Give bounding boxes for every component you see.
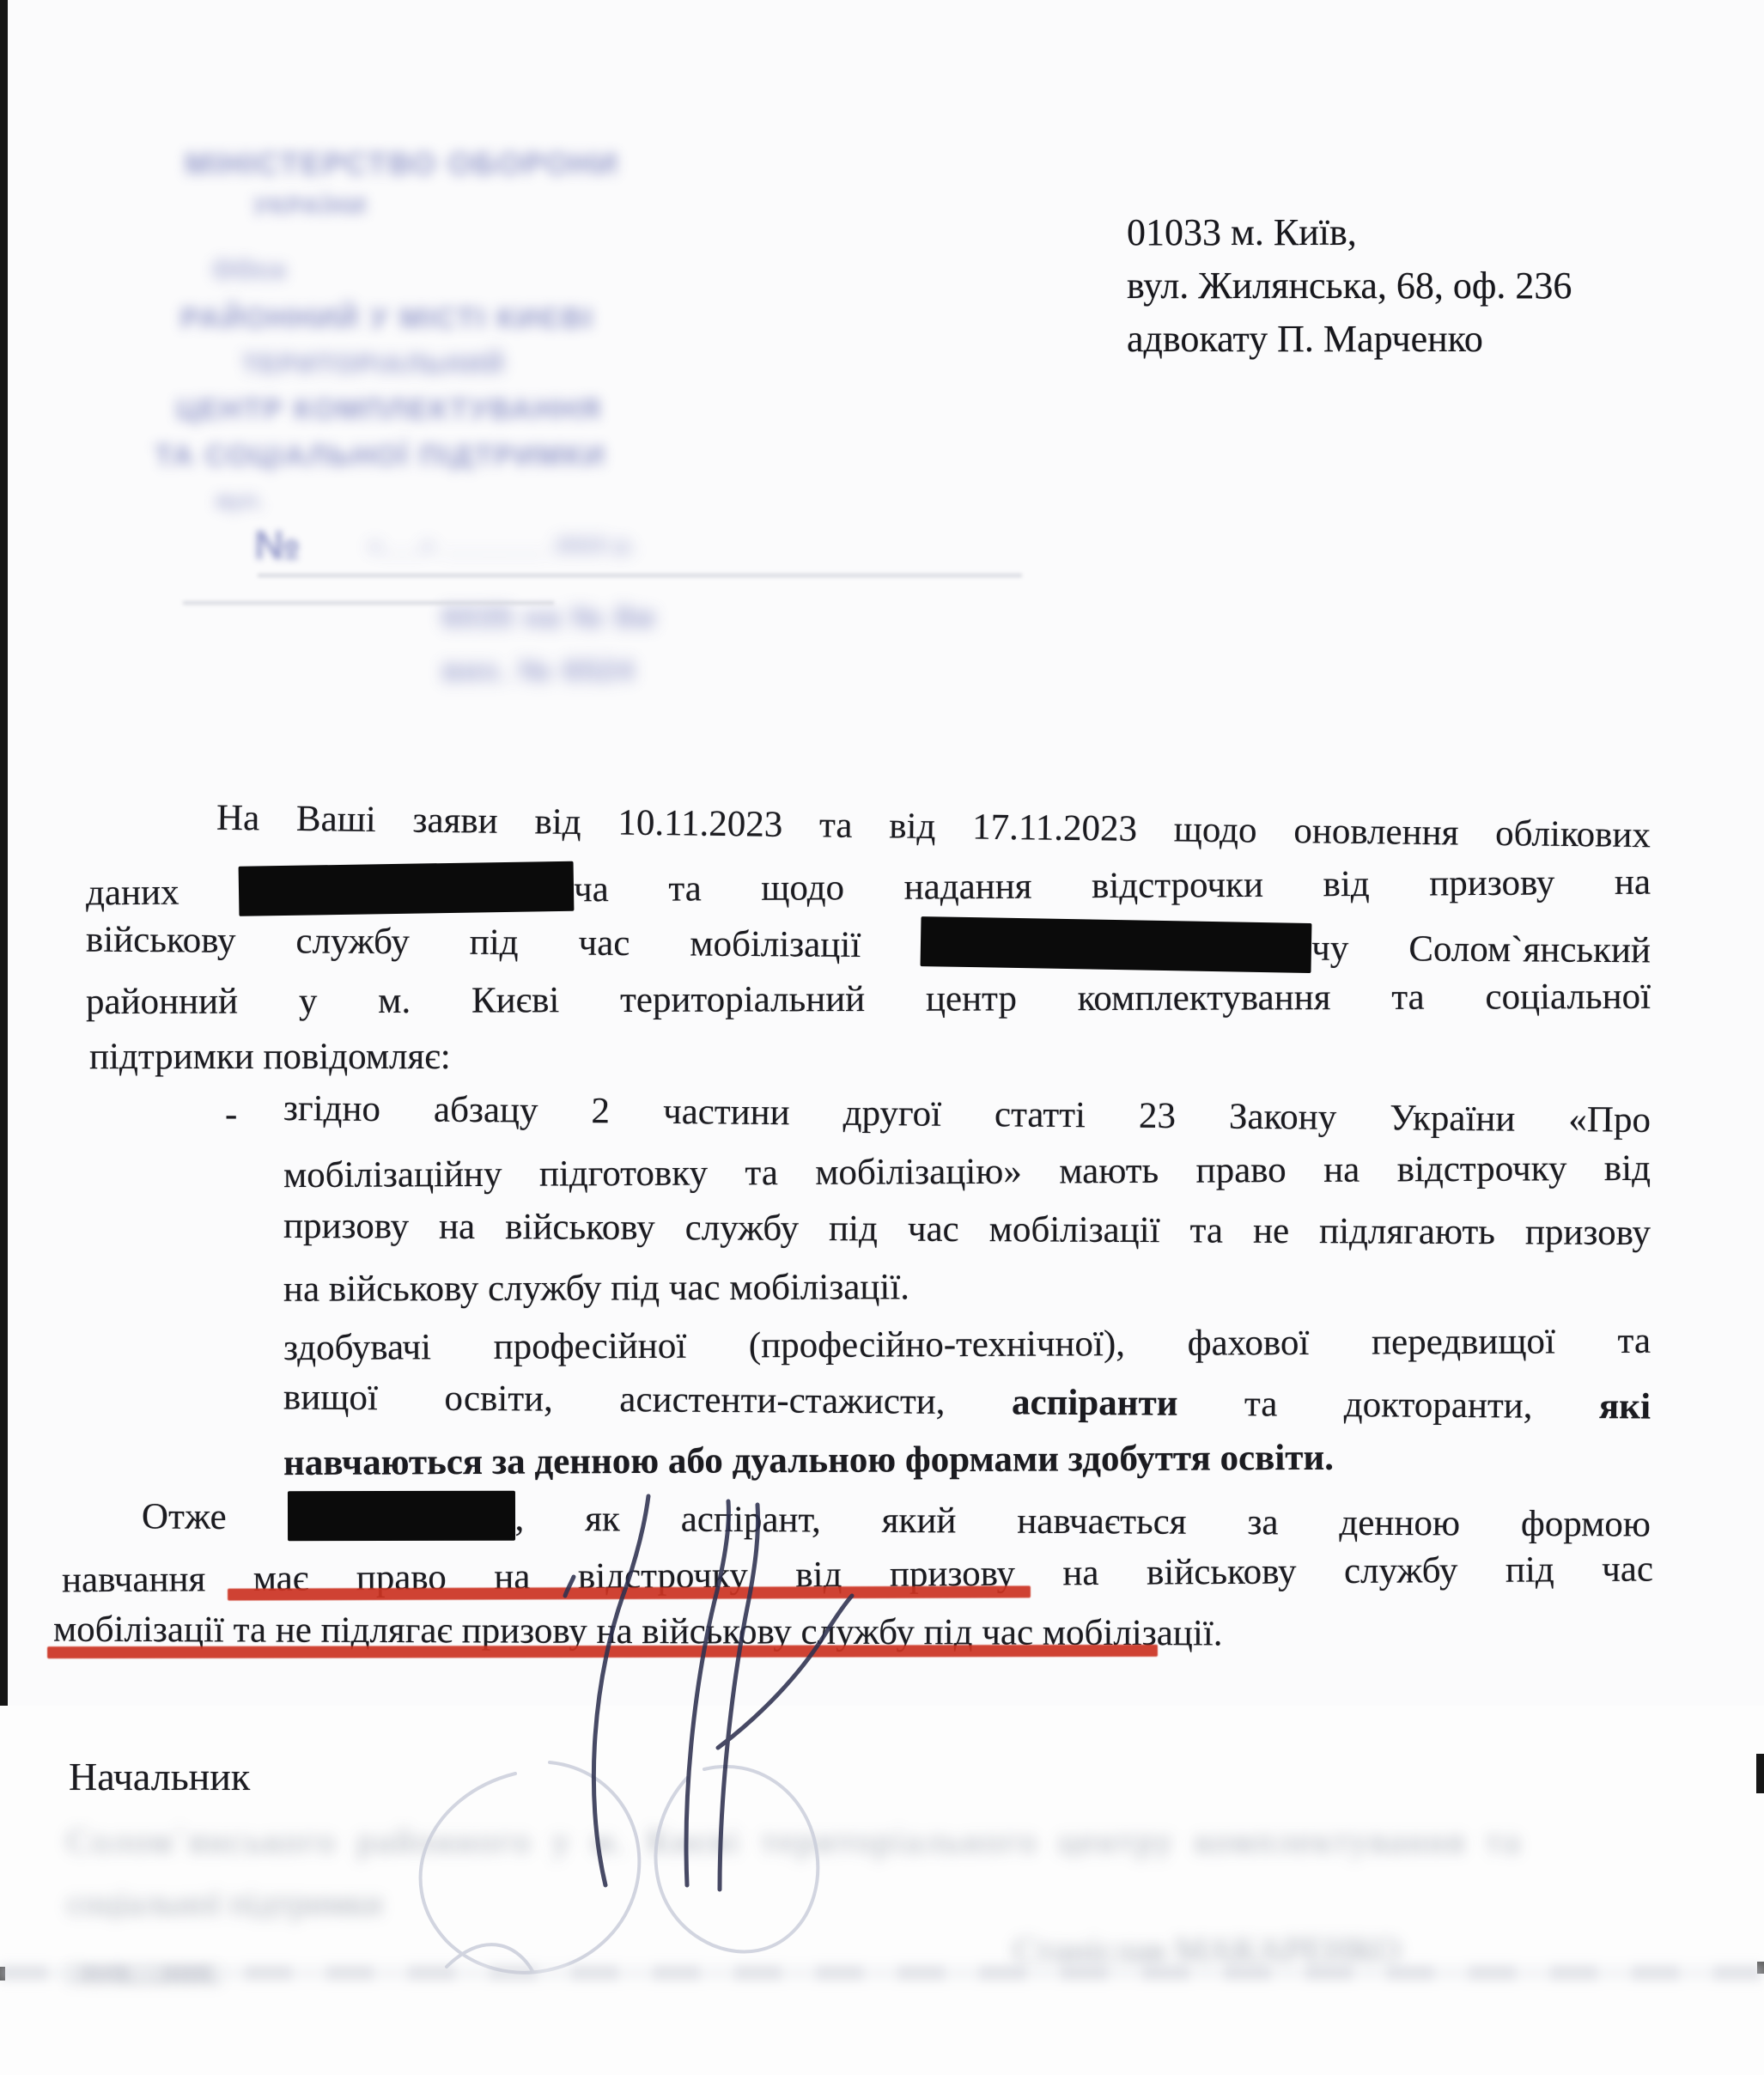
address-line-1: 01033 м. Київ,: [1127, 206, 1572, 259]
body-line: призову на військову службу під час мобі…: [283, 1202, 1651, 1257]
address-line-2: вул. Жилянська, 68, оф. 236: [1127, 259, 1572, 313]
signoff-title: Начальник: [69, 1752, 250, 1803]
redaction-bar: [239, 861, 575, 916]
body-line: згідно абзацу 2 частини другої статті 23…: [283, 1085, 1651, 1144]
body-text: , як аспірант, який навчається за денною…: [514, 1499, 1651, 1545]
signature-block-line: Солом`янського районного у м. Києві тери…: [67, 1821, 1522, 1861]
body-line: мобілізаційну підготовку та мобілізацію»…: [283, 1145, 1651, 1199]
signature-block-line: соціальної підтримки: [67, 1883, 383, 1923]
body-line: вищої освіти, асистенти-стажисти, аспіра…: [283, 1373, 1651, 1430]
scanned-letter-page: МІНІСТЕРСТВО ОБОРОНИ УКРАЇНИ ООск РАЙОНН…: [0, 0, 1764, 2075]
address-line-3: адвокату П. Марченко: [1127, 313, 1572, 366]
scan-edge-mark-right: [1756, 1754, 1764, 1793]
letterhead-underline: [183, 601, 554, 605]
letterhead-fragment: вих. № 6524: [442, 654, 636, 688]
bold-text: аспіранти: [1012, 1382, 1178, 1423]
body-line-bold: навчаються за денною або дуальною формам…: [283, 1433, 1651, 1487]
letterhead-fragment: ООск: [213, 256, 287, 285]
letterhead-underline: [258, 574, 1022, 577]
body-line: військову службу під час мобілізації чу …: [86, 913, 1651, 975]
body-text: Отже: [142, 1496, 227, 1537]
letterhead-fragment: ТА СОЦІАЛЬНОЇ ПІДТРИМКИ: [155, 440, 606, 473]
red-underline-1: [228, 1585, 1031, 1600]
letterhead-fragment: УКРАЇНИ: [253, 192, 368, 220]
letterhead-fragment: вул.: [216, 490, 265, 514]
letterhead-fragment: РАЙОННИЙ У МІСТІ КИЄВІ: [180, 302, 594, 336]
redaction-bar: [287, 1491, 514, 1541]
body-text: ча та щодо надання відстрочки від призов…: [574, 862, 1651, 910]
body-text: даних: [86, 873, 179, 914]
red-underline-2: [47, 1645, 1158, 1658]
letterhead-fragment: ЦЕНТР КОМПЛЕКТУВАННЯ: [176, 393, 602, 427]
body-line: на військову службу під час мобілізації.: [283, 1261, 1651, 1313]
scan-edge-strip-left: [0, 0, 8, 1706]
body-line: Отже , як аспірант, який навчається за д…: [142, 1489, 1651, 1548]
bold-text: які: [1599, 1386, 1651, 1427]
body-line: На Ваші заяви від 10.11.2023 та від 17.1…: [216, 794, 1651, 859]
letterhead-fragment: ТЕРИТОРІАЛЬНИЙ: [242, 350, 506, 380]
letterhead-number-sign: №: [254, 522, 302, 569]
scan-blur-band: [0, 1965, 1764, 1981]
body-text: військову службу під час мобілізації: [86, 920, 861, 965]
body-line: здобувачі професійної (професійно-техніч…: [283, 1317, 1651, 1372]
body-line: даних ча та щодо надання відстрочки від …: [86, 855, 1651, 917]
body-line: районний у м. Києві територіальний центр…: [86, 973, 1651, 1025]
body-text: чу Солом`янський: [1311, 928, 1651, 971]
letterhead-fragment: 6035 на № 8м: [442, 601, 656, 635]
body-text: та докторанти,: [1244, 1384, 1533, 1426]
redaction-bar: [921, 916, 1312, 973]
bullet-dash: -: [225, 1091, 259, 1138]
recipient-address: 01033 м. Київ, вул. Жилянська, 68, оф. 2…: [1127, 206, 1572, 366]
body-line: підтримки повідомляє:: [89, 1033, 1654, 1080]
letterhead-fragment: МІНІСТЕРСТВО ОБОРОНИ: [185, 146, 619, 182]
letterhead-fragment: «___» ________ 2023 р.: [369, 534, 637, 558]
body-text: вищої освіти, асистенти-стажисти,: [283, 1377, 946, 1421]
